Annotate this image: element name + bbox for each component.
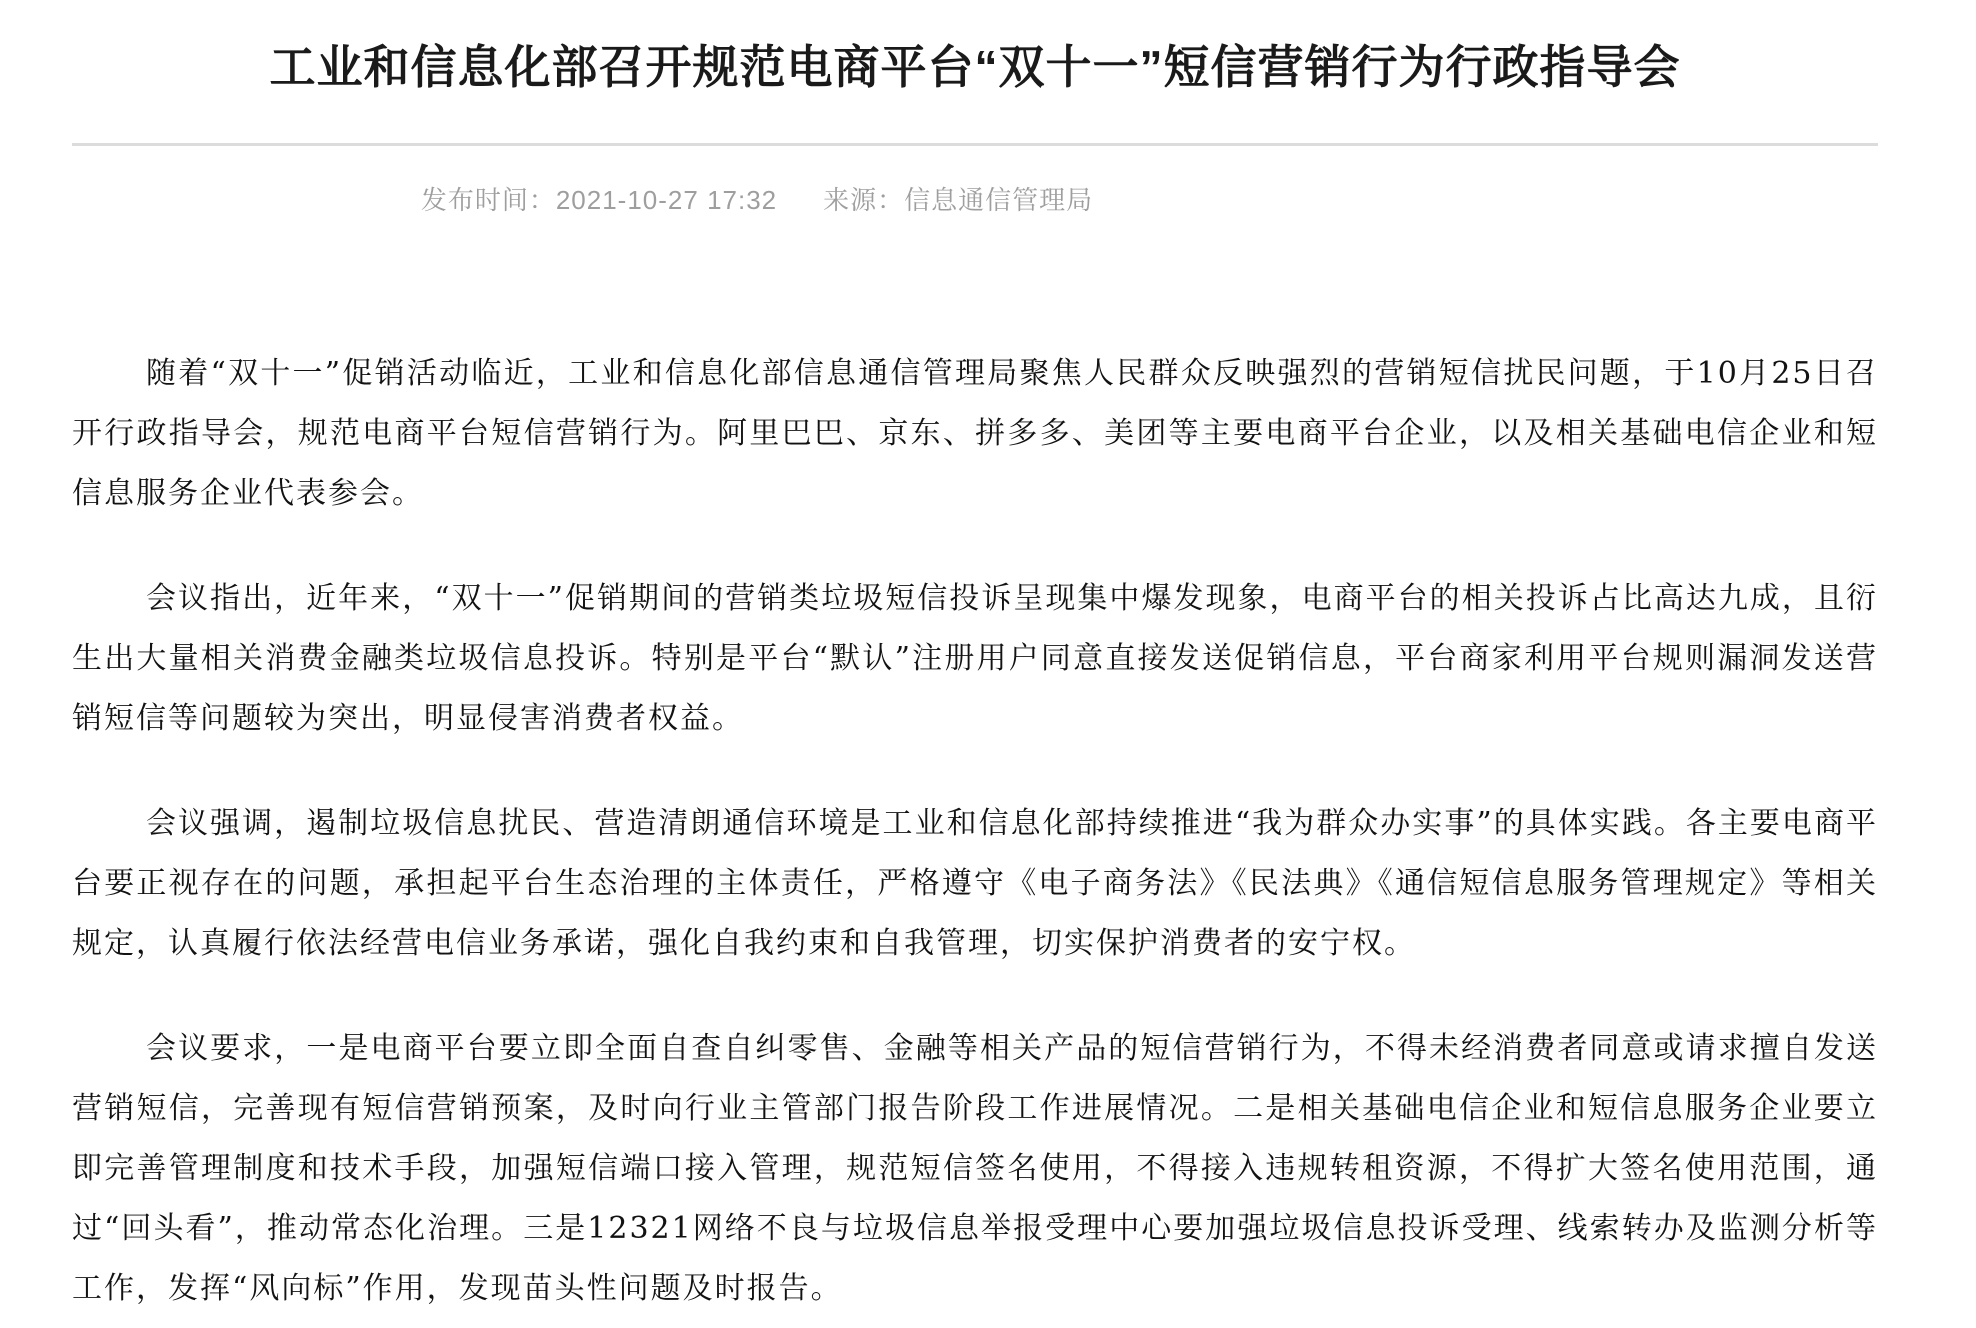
article-page: 工业和信息化部召开规范电商平台“双十一”短信营销行为行政指导会 发布时间：202… (0, 0, 1976, 1328)
article-paragraph: 会议强调，遏制垃圾信息扰民、营造清朗通信环境是工业和信息化部持续推进“我为群众办… (72, 794, 1878, 974)
article-paragraph: 会议要求，一是电商平台要立即全面自查自纠零售、金融等相关产品的短信营销行为，不得… (72, 1019, 1878, 1319)
source-label: 来源： (823, 185, 904, 215)
publish-time-value: 2021-10-27 17:32 (556, 185, 777, 215)
article-paragraph: 会议指出，近年来，“双十一”促销期间的营销类垃圾短信投诉呈现集中爆发现象，电商平… (72, 569, 1878, 749)
article-meta: 发布时间：2021-10-27 17:32来源：信息通信管理局 (0, 186, 1660, 214)
title-divider (72, 143, 1878, 146)
article-paragraph: 随着“双十一”促销活动临近，工业和信息化部信息通信管理局聚焦人民群众反映强烈的营… (72, 344, 1878, 524)
source-value: 信息通信管理局 (904, 185, 1093, 215)
article-body: 随着“双十一”促销活动临近，工业和信息化部信息通信管理局聚焦人民群众反映强烈的营… (72, 344, 1878, 1319)
publish-time-label: 发布时间： (421, 185, 556, 215)
article-title: 工业和信息化部召开规范电商平台“双十一”短信营销行为行政指导会 (72, 42, 1878, 92)
